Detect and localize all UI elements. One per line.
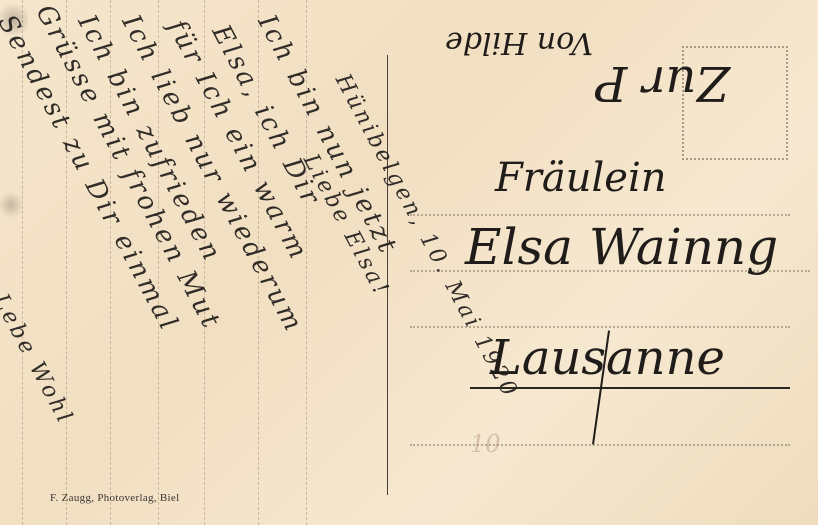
faint-pencil-mark: 10 [470, 430, 501, 458]
address-line-name: Elsa Wainng [465, 218, 778, 276]
upside-down-note: Von Hilde [445, 25, 593, 60]
publisher-caption: F. Zaugg, Photoverlag, Biel [50, 492, 179, 504]
center-divider [387, 55, 388, 495]
address-dotted-line [410, 326, 790, 328]
address-underline [470, 387, 790, 389]
stamp-area-mark: Zur P [595, 55, 730, 111]
address-dotted-line [410, 444, 790, 446]
postcard-back: Hünibelgen, 10. Mai 1920 Liebe Elsa! Ich… [0, 0, 818, 525]
stain [0, 190, 22, 220]
address-line-title: Fräulein [495, 155, 667, 201]
address-dotted-line [410, 214, 790, 216]
